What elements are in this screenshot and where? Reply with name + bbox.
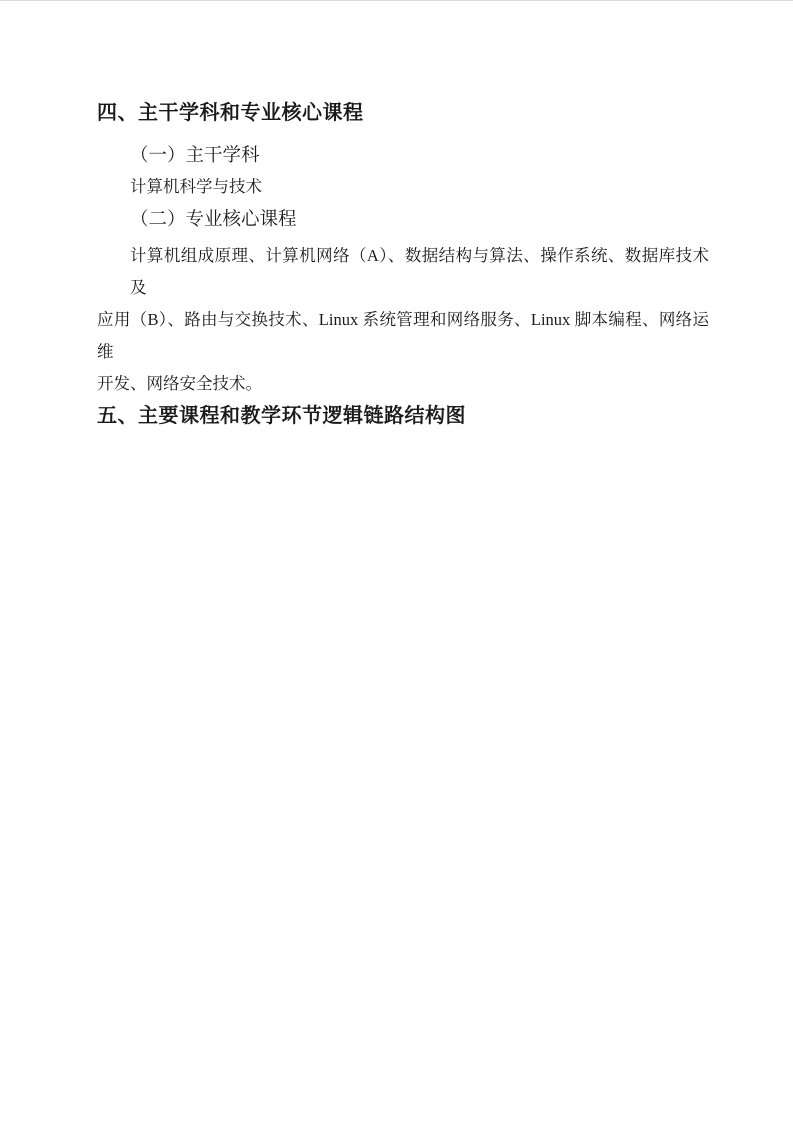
core-courses-line-3: 开发、网络安全技术。: [97, 368, 709, 400]
core-courses-line-1: 计算机组成原理、计算机网络（A）、数据结构与算法、操作系统、数据库技术及: [97, 240, 709, 304]
section4-heading: 四、主干学科和专业核心课程: [97, 103, 709, 124]
section4-subsection2-heading: （二）专业核心课程: [97, 211, 709, 230]
main-discipline-text: 计算机科学与技术: [97, 178, 709, 195]
document-page: 四、主干学科和专业核心课程 （一）主干学科 计算机科学与技术 （二）专业核心课程…: [0, 0, 793, 1122]
document-content: 四、主干学科和专业核心课程 （一）主干学科 计算机科学与技术 （二）专业核心课程…: [97, 1, 709, 427]
core-courses-line-2: 应用（B）、路由与交换技术、Linux 系统管理和网络服务、Linux 脚本编程…: [97, 304, 709, 368]
core-courses-paragraph: 计算机组成原理、计算机网络（A）、数据结构与算法、操作系统、数据库技术及 应用（…: [97, 240, 709, 400]
section5-heading: 五、主要课程和教学环节逻辑链路结构图: [97, 406, 709, 427]
section4-subsection1-heading: （一）主干学科: [97, 147, 709, 166]
